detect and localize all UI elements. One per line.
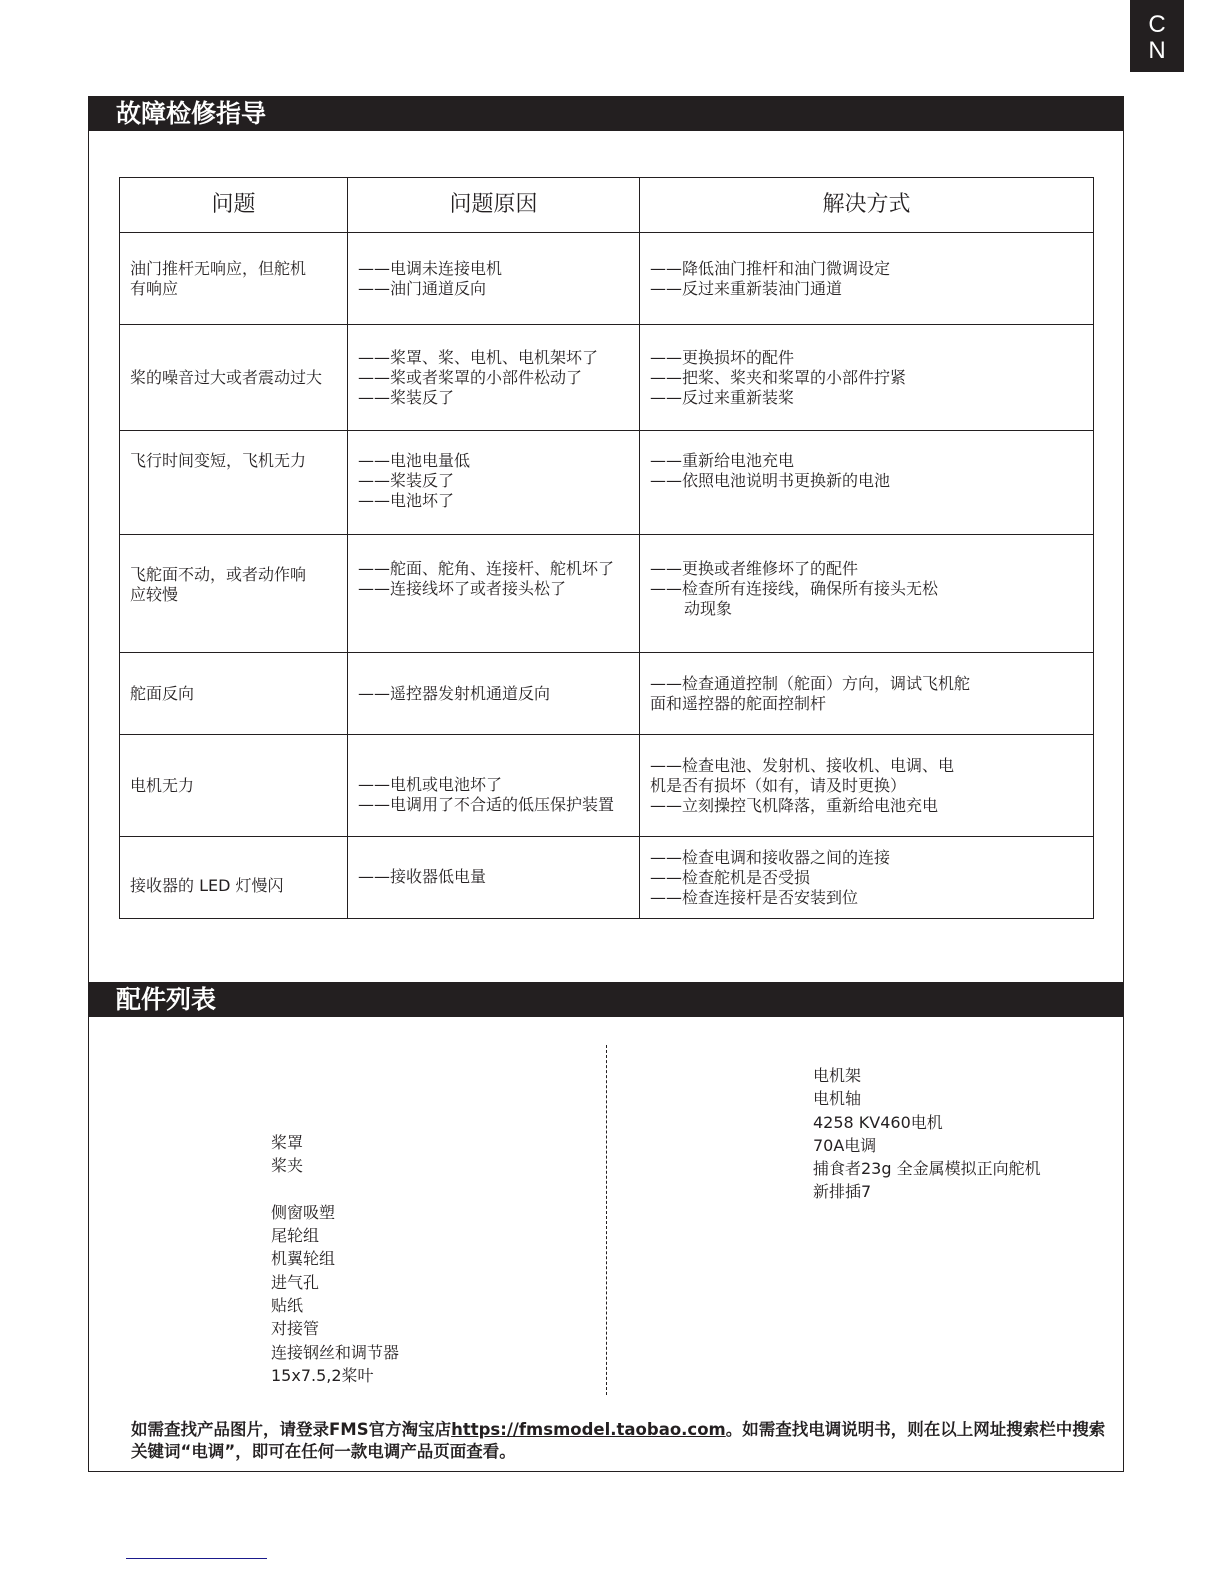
part-item: 机翼轮组 — [271, 1247, 399, 1270]
solution-text: ——检查舵机是否受损 — [650, 868, 1085, 888]
solution-text: ——检查连接杆是否安装到位 — [650, 888, 1085, 908]
solution-cell: ——检查电池、发射机、接收机、电调、电 机是否有损坏（如有，请及时更换） ——立… — [640, 735, 1094, 837]
language-letter-2: N — [1130, 38, 1184, 64]
solution-text: ——检查所有连接线，确保所有接头无松 — [650, 579, 1085, 599]
language-letter-1: C — [1130, 12, 1184, 38]
footer-rule — [126, 1558, 267, 1559]
solution-text: ——反过来重新装油门通道 — [650, 279, 1085, 299]
part-item: 电机轴 — [813, 1087, 1041, 1110]
solution-text: ——检查通道控制（舵面）方向，调试飞机舵 — [650, 674, 1085, 694]
problem-text: 接收器的 LED 灯慢闪 — [130, 876, 339, 896]
parts-list-title: 配件列表 — [88, 982, 1124, 1017]
header-cause: 问题原因 — [348, 178, 640, 233]
note-text-before: 如需查找产品图片，请登录FMS官方淘宝店 — [131, 1420, 451, 1439]
table-row: 油门推杆无响应，但舵机 有响应 ——电调未连接电机 ——油门通道反向 ——降低油… — [120, 233, 1094, 325]
part-item: 新排插7 — [813, 1180, 1041, 1203]
cause-text: ——电机或电池坏了 — [358, 775, 631, 795]
taobao-note: 如需查找产品图片，请登录FMS官方淘宝店https://fmsmodel.tao… — [131, 1419, 1111, 1463]
part-item: 侧窗吸塑 — [271, 1201, 399, 1224]
problem-cell: 飞舵面不动，或者动作响 应较慢 — [120, 535, 348, 653]
troubleshooting-title: 故障检修指导 — [88, 96, 1124, 131]
part-item: 电机架 — [813, 1064, 1041, 1087]
solution-cell: ——降低油门推杆和油门微调设定 ——反过来重新装油门通道 — [640, 233, 1094, 325]
solution-text: ——更换损坏的配件 — [650, 348, 1085, 368]
cause-cell: ——电池电量低 ——桨装反了 ——电池坏了 — [348, 431, 640, 535]
solution-cell: ——检查电调和接收器之间的连接 ——检查舵机是否受损 ——检查连接杆是否安装到位 — [640, 837, 1094, 919]
part-item: 桨罩 — [271, 1131, 399, 1154]
table-row: 飞舵面不动，或者动作响 应较慢 ——舵面、舵角、连接杆、舵机坏了 ——连接线坏了… — [120, 535, 1094, 653]
table-row: 舵面反向 ——遥控器发射机通道反向 ——检查通道控制（舵面）方向，调试飞机舵 面… — [120, 653, 1094, 735]
cause-text: ——桨或者桨罩的小部件松动了 — [358, 368, 631, 388]
troubleshooting-table: 问题 问题原因 解决方式 油门推杆无响应，但舵机 有响应 ——电调未连接电机 —… — [119, 177, 1094, 919]
solution-text: ——立刻操控飞机降落，重新给电池充电 — [650, 796, 1085, 816]
solution-text: 机是否有损坏（如有，请及时更换） — [650, 776, 1085, 796]
problem-text: 油门推杆无响应，但舵机 — [130, 259, 339, 279]
problem-cell: 电机无力 — [120, 735, 348, 837]
header-solution: 解决方式 — [640, 178, 1094, 233]
dashed-divider — [606, 1045, 607, 1395]
solution-text: ——更换或者维修坏了的配件 — [650, 559, 1085, 579]
parts-list-right: 电机架 电机轴 4258 KV460电机 70A电调 捕食者23g 全金属模拟正… — [813, 1064, 1041, 1204]
taobao-link[interactable]: https://fmsmodel.taobao.com — [451, 1420, 726, 1439]
solution-text: ——重新给电池充电 — [650, 451, 1085, 471]
problem-cell: 接收器的 LED 灯慢闪 — [120, 837, 348, 919]
problem-text: 飞舵面不动，或者动作响 — [130, 565, 339, 585]
cause-text: ——舵面、舵角、连接杆、舵机坏了 — [358, 559, 631, 579]
problem-cell: 桨的噪音过大或者震动过大 — [120, 325, 348, 431]
part-item: 捕食者23g 全金属模拟正向舵机 — [813, 1157, 1041, 1180]
part-item: 桨夹 — [271, 1154, 399, 1177]
cause-text: ——电池坏了 — [358, 491, 631, 511]
problem-text: 飞行时间变短，飞机无力 — [130, 451, 339, 471]
table-row: 电机无力 ——电机或电池坏了 ——电调用了不合适的低压保护装置 ——检查电池、发… — [120, 735, 1094, 837]
solution-cell: ——更换损坏的配件 ——把桨、桨夹和桨罩的小部件拧紧 ——反过来重新装桨 — [640, 325, 1094, 431]
table-row: 接收器的 LED 灯慢闪 ——接收器低电量 ——检查电调和接收器之间的连接 ——… — [120, 837, 1094, 919]
part-item: 对接管 — [271, 1317, 399, 1340]
solution-cell: ——更换或者维修坏了的配件 ——检查所有连接线，确保所有接头无松 动现象 — [640, 535, 1094, 653]
cause-cell: ——电调未连接电机 ——油门通道反向 — [348, 233, 640, 325]
solution-text: ——降低油门推杆和油门微调设定 — [650, 259, 1085, 279]
solution-cell: ——重新给电池充电 ——依照电池说明书更换新的电池 — [640, 431, 1094, 535]
cause-text: ——接收器低电量 — [358, 867, 631, 887]
problem-text: 桨的噪音过大或者震动过大 — [130, 368, 339, 388]
solution-text: 面和遥控器的舵面控制杆 — [650, 694, 1085, 714]
parts-list-left: 桨罩 桨夹 侧窗吸塑 尾轮组 机翼轮组 进气孔 贴纸 对接管 连接钢丝和调节器 … — [271, 1131, 399, 1387]
cause-cell: ——电机或电池坏了 ——电调用了不合适的低压保护装置 — [348, 735, 640, 837]
solution-text: 动现象 — [650, 599, 1085, 619]
table-header-row: 问题 问题原因 解决方式 — [120, 178, 1094, 233]
solution-text: ——依照电池说明书更换新的电池 — [650, 471, 1085, 491]
cause-text: ——桨罩、桨、电机、电机架坏了 — [358, 348, 631, 368]
cause-text: ——连接线坏了或者接头松了 — [358, 579, 631, 599]
part-item: 贴纸 — [271, 1294, 399, 1317]
cause-text: ——桨装反了 — [358, 388, 631, 408]
problem-cell: 油门推杆无响应，但舵机 有响应 — [120, 233, 348, 325]
problem-cell: 飞行时间变短，飞机无力 — [120, 431, 348, 535]
part-item: 15x7.5,2桨叶 — [271, 1364, 399, 1387]
cause-text: ——电池电量低 — [358, 451, 631, 471]
problem-cell: 舵面反向 — [120, 653, 348, 735]
part-item: 连接钢丝和调节器 — [271, 1341, 399, 1364]
problem-text: 应较慢 — [130, 585, 339, 605]
table-row: 飞行时间变短，飞机无力 ——电池电量低 ——桨装反了 ——电池坏了 ——重新给电… — [120, 431, 1094, 535]
solution-text: ——检查电调和接收器之间的连接 — [650, 848, 1085, 868]
cause-text: ——油门通道反向 — [358, 279, 631, 299]
cause-cell: ——遥控器发射机通道反向 — [348, 653, 640, 735]
part-item-spacer — [271, 1178, 399, 1201]
cause-cell: ——接收器低电量 — [348, 837, 640, 919]
solution-text: ——检查电池、发射机、接收机、电调、电 — [650, 756, 1085, 776]
problem-text: 电机无力 — [130, 776, 339, 796]
cause-cell: ——舵面、舵角、连接杆、舵机坏了 ——连接线坏了或者接头松了 — [348, 535, 640, 653]
solution-cell: ——检查通道控制（舵面）方向，调试飞机舵 面和遥控器的舵面控制杆 — [640, 653, 1094, 735]
cause-text: ——遥控器发射机通道反向 — [358, 684, 631, 704]
part-item: 进气孔 — [271, 1271, 399, 1294]
language-tab: C N — [1130, 0, 1184, 72]
solution-text: ——把桨、桨夹和桨罩的小部件拧紧 — [650, 368, 1085, 388]
part-item: 4258 KV460电机 — [813, 1111, 1041, 1134]
table-row: 桨的噪音过大或者震动过大 ——桨罩、桨、电机、电机架坏了 ——桨或者桨罩的小部件… — [120, 325, 1094, 431]
cause-text: ——桨装反了 — [358, 471, 631, 491]
part-item: 尾轮组 — [271, 1224, 399, 1247]
header-problem: 问题 — [120, 178, 348, 233]
cause-text: ——电调未连接电机 — [358, 259, 631, 279]
part-item: 70A电调 — [813, 1134, 1041, 1157]
problem-text: 舵面反向 — [130, 684, 339, 704]
problem-text: 有响应 — [130, 279, 339, 299]
cause-cell: ——桨罩、桨、电机、电机架坏了 ——桨或者桨罩的小部件松动了 ——桨装反了 — [348, 325, 640, 431]
cause-text: ——电调用了不合适的低压保护装置 — [358, 795, 631, 815]
solution-text: ——反过来重新装桨 — [650, 388, 1085, 408]
